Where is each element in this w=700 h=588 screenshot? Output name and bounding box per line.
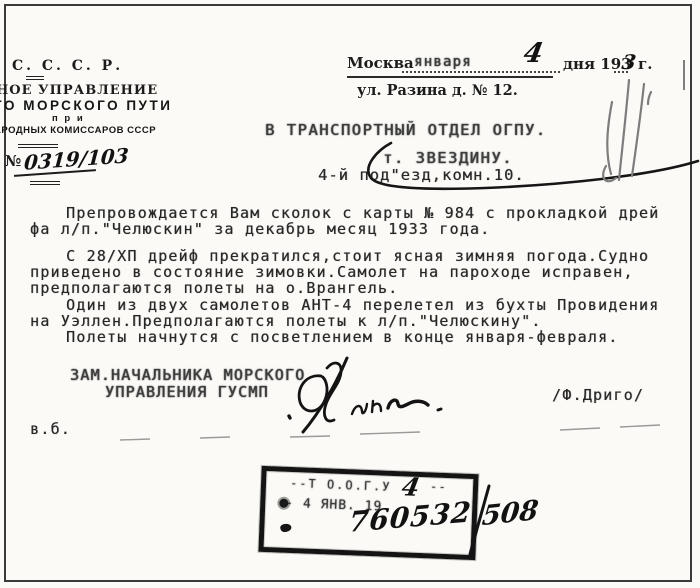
dateline-street: ул. Разина д. № 12.	[357, 82, 518, 99]
scan-faint-dashes	[120, 425, 660, 440]
dateline-dotted-rule	[402, 71, 560, 73]
archive-number-handwritten: 508	[480, 495, 539, 532]
dateline-day-handwritten: 4	[521, 38, 545, 69]
dateline-underline	[347, 76, 553, 78]
signature-ink	[289, 358, 441, 432]
dateline-year-digit-handwritten: 3	[620, 50, 637, 74]
pencil-scribble	[603, 80, 651, 181]
letterhead-org-line3: п р и	[52, 113, 85, 124]
stamp-row1-tail: --	[430, 479, 447, 494]
dateline-city: Москва	[347, 54, 414, 72]
registration-stamp: --Т О.О.Г.У 4 -- - 4 ЯНВ. 19 760532	[258, 466, 478, 560]
dateline-month-typed: января	[414, 54, 472, 70]
body-line-8: Полеты начнутся с посветлением в конце я…	[66, 328, 618, 346]
letterhead-org-line4: АРОДНЫХ КОМИССАРОВ СССР	[0, 125, 156, 136]
letterhead-divider-1	[26, 76, 44, 80]
stamp-row1-handwritten: 4	[399, 472, 422, 501]
footer-initials: в.б.	[30, 420, 71, 438]
signature-title-line2: УПРАВЛЕНИЯ ГУСМП	[105, 383, 269, 401]
body-line-5: предполагаются полеты на о.Врангель.	[30, 279, 398, 297]
signature-title-line1: ЗАМ.НАЧАЛЬНИКА МОРСКОГО	[70, 366, 305, 384]
letterhead-divider-3	[30, 181, 60, 185]
scanned-letter-page: С. С. С. Р. НОЕ УПРАВЛЕНИЕ ГО МОРСКОГО П…	[0, 0, 700, 588]
letterhead-org-line1: НОЕ УПРАВЛЕНИЕ	[0, 83, 158, 98]
recipient-line3: 4-й под"езд,комн.10.	[318, 166, 525, 184]
letterhead-org-line2: ГО МОРСКОГО ПУТИ	[0, 98, 172, 113]
dateline-year-suffix: г.	[638, 55, 652, 73]
letterhead-number-label: №	[5, 152, 21, 170]
stamp-row1-print: --Т О.О.Г.У	[290, 476, 392, 494]
recipient-line2: т. ЗВЕЗДИНУ.	[383, 149, 513, 167]
letterhead-country: С. С. С. Р.	[12, 58, 123, 74]
letterhead-divider-2	[18, 144, 58, 148]
stamp-ink-blot-2	[280, 523, 292, 533]
signature-name: /Ф.Дриго/	[552, 386, 644, 404]
body-line-2: фа л/п."Челюскин" за декабрь месяц 1933 …	[30, 220, 490, 238]
recipient-line1: В ТРАНСПОРТНЫЙ ОТДЕЛ ОГПУ.	[265, 121, 547, 139]
